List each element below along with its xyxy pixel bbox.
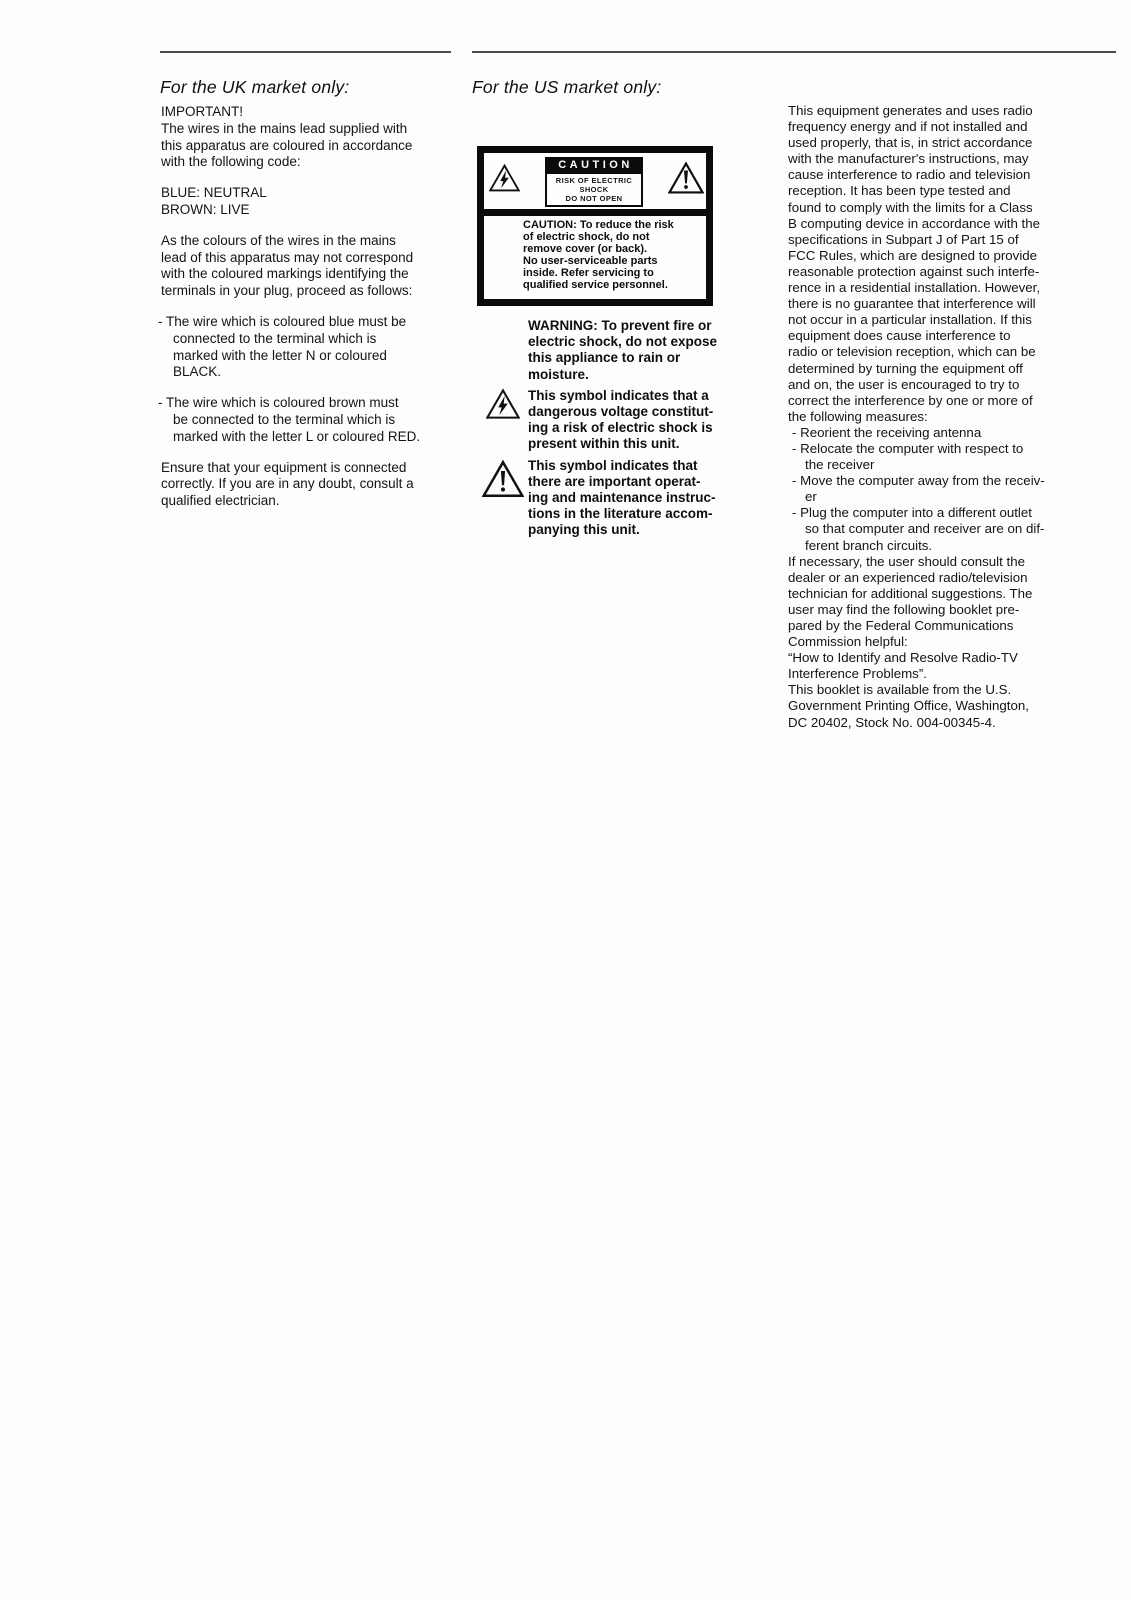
uk-paragraph: BLUE: NEUTRAL BROWN: LIVE [161, 185, 471, 219]
manual-safety-page: For the UK market only: For the US marke… [0, 0, 1131, 1600]
caution-box-body: CAUTION: To reduce the risk of electric … [484, 216, 706, 299]
symbol-description: This symbol indicates that a dangerous v… [528, 388, 743, 453]
exclamation-triangle-icon [668, 157, 704, 199]
warning-paragraph: WARNING: To prevent fire or electric sho… [528, 318, 743, 383]
top-rule-left [160, 51, 451, 53]
fcc-bullet-item: - Relocate the computer with respect to … [774, 441, 1114, 473]
fcc-bullet-item: - Plug the computer into a different out… [774, 505, 1114, 553]
uk-bullet-item: - The wire which is coloured brown must … [161, 395, 471, 445]
uk-bullet-item: - The wire which is coloured blue must b… [161, 314, 471, 381]
lightning-triangle-icon [486, 383, 520, 425]
uk-market-heading: For the UK market only: [160, 78, 349, 97]
caution-risk-text: RISK OF ELECTRIC SHOCK DO NOT OPEN [545, 172, 643, 207]
symbol-description: This symbol indicates that there are imp… [528, 458, 743, 539]
uk-paragraph: IMPORTANT! The wires in the mains lead s… [161, 104, 471, 171]
lightning-triangle-icon [489, 157, 520, 199]
exclamation-triangle-icon [482, 455, 524, 503]
us-market-heading: For the US market only: [472, 78, 661, 97]
uk-paragraph: Ensure that your equipment is connected … [161, 460, 471, 510]
fcc-notice-section: This equipment generates and uses radio … [774, 103, 1114, 731]
us-market-section: WARNING: To prevent fire or electric sho… [528, 318, 743, 544]
fcc-bullet-item: - Move the computer away from the receiv… [774, 473, 1114, 505]
caution-box-divider [484, 209, 706, 216]
top-rule-right [472, 51, 1116, 53]
caution-label-group: CAUTION RISK OF ELECTRIC SHOCK DO NOT OP… [545, 157, 643, 207]
caution-label: CAUTION [545, 157, 643, 172]
fcc-paragraph: This equipment generates and uses radio … [774, 103, 1114, 425]
fcc-bullet-item: - Reorient the receiving antenna [774, 425, 1114, 441]
uk-paragraph: As the colours of the wires in the mains… [161, 233, 471, 300]
fcc-paragraph: If necessary, the user should consult th… [774, 554, 1114, 731]
caution-box-header: CAUTION RISK OF ELECTRIC SHOCK DO NOT OP… [484, 153, 706, 209]
caution-box: CAUTION RISK OF ELECTRIC SHOCK DO NOT OP… [477, 146, 713, 306]
uk-market-section: IMPORTANT! The wires in the mains lead s… [161, 104, 471, 524]
